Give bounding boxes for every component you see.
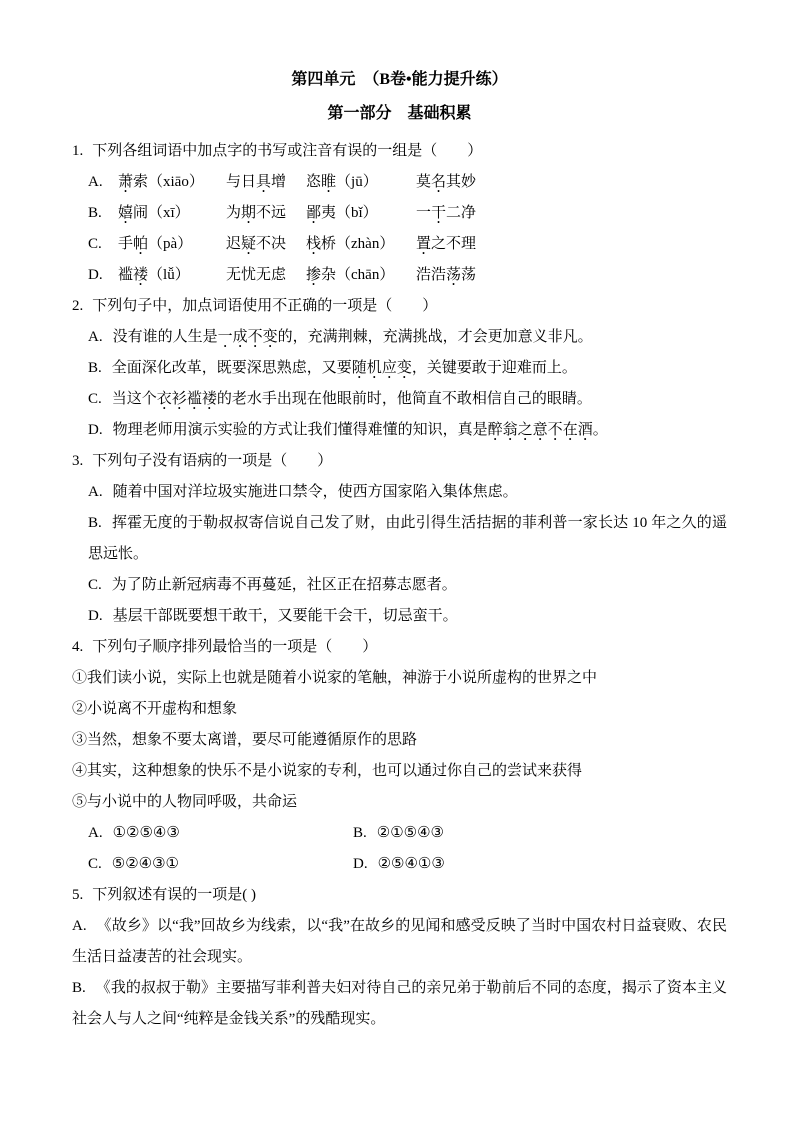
emphasized-char: 酒	[578, 422, 593, 439]
option-row: D.物理老师用演示实验的方式让我们懂得难懂的知识，真是醉翁之意不在酒。	[72, 415, 727, 446]
word-cell: 无忧无虑	[226, 260, 306, 291]
question-2: 2.下列句子中，加点词语使用不正确的一项是（ ） A.没有谁的人生是一成不变的，…	[72, 291, 727, 446]
emphasized-char: 栈	[306, 236, 321, 253]
page-title: 第四单元 （B卷•能力提升练）	[72, 64, 727, 96]
question-number: 3.	[72, 453, 83, 469]
emphasized-char: 干	[431, 205, 446, 222]
emphasized-char: 荡	[446, 267, 461, 284]
emphasized-char: 鄙	[306, 205, 321, 222]
emphasized-char: 名	[431, 174, 446, 191]
question-stem: 5.下列叙述有误的一项是( )	[72, 880, 727, 911]
option-grid-row: A.①②⑤④③ B.②①⑤④③	[72, 818, 727, 849]
emphasized-char: 醉	[488, 422, 503, 439]
emphasized-char: 意	[533, 422, 548, 439]
word-cell: 迟疑不决	[226, 229, 306, 260]
emphasized-char: 期	[241, 205, 256, 222]
word-cell: 一干二净	[416, 198, 727, 229]
emphasized-char: 帕	[133, 236, 148, 253]
option-row: B.嬉闹（xī）为期不远鄙夷（bǐ）一干二净	[72, 198, 727, 229]
question-number: 1.	[72, 143, 83, 159]
option-text: ②⑤④①③	[378, 856, 445, 872]
option-label: A.	[88, 825, 103, 841]
option-label: B.	[88, 515, 102, 531]
option-text: ②①⑤④③	[377, 825, 444, 841]
option-row: D.褴褛（lǚ）无忧无虑掺杂（chān）浩浩荡荡	[72, 260, 727, 291]
question-5: 5.下列叙述有误的一项是( ) A.《故乡》以“我”回故乡为线索，以“我”在故乡…	[72, 880, 727, 1035]
word-cell: 浩浩荡荡	[416, 260, 727, 291]
sentence-item: ③当然，想象不要太离谱，要尽可能遵循原作的思路	[72, 725, 727, 756]
word-cell: 萧索（xiāo）	[118, 167, 226, 198]
option-label: A.	[88, 484, 103, 500]
option-text: 《我的叔叔于勒》主要描写菲利普夫妇对待自己的亲兄弟于勒前后不同的态度，揭示了资本…	[72, 980, 727, 1027]
option-grid-row: C.⑤②④③① D.②⑤④①③	[72, 849, 727, 880]
emphasized-char: 翁	[503, 422, 518, 439]
option-row: C.当这个衣衫褴褛的老水手出现在他眼前时，他简直不敢相信自己的眼睛。	[72, 384, 727, 415]
emphasized-char: 机	[367, 360, 382, 377]
option-label: D.	[88, 422, 103, 438]
option-text: 全面深化改革，既要深思熟虑，又要随机应变，关键要敢于迎难而上。	[112, 360, 577, 376]
option-label: C.	[88, 229, 118, 260]
question-stem: 2.下列句子中，加点词语使用不正确的一项是（ ）	[72, 291, 727, 322]
emphasized-char: 疑	[241, 236, 256, 253]
option-row: A.随着中国对洋垃圾实施进口禁令，使西方国家陷入集体焦虑。	[72, 477, 727, 508]
emphasized-char: 嬉	[118, 205, 133, 222]
question-text: 下列句子没有语病的一项是（ ）	[92, 453, 332, 469]
option-row: A.没有谁的人生是一成不变的，充满荆棘，充满挑战，才会更加意义非凡。	[72, 322, 727, 353]
sentence-item: ⑤与小说中的人物同呼吸，共命运	[72, 787, 727, 818]
emphasized-char: 变	[263, 329, 278, 346]
emphasized-char: 萧	[118, 174, 133, 191]
option-row: A.萧索（xiāo）与日具增恣睢（jū）莫名其妙	[72, 167, 727, 198]
option-label: B.	[72, 980, 86, 996]
word-cell: 褴褛（lǚ）	[118, 260, 226, 291]
option-row: B.挥霍无度的于勒叔叔寄信说自己发了财，由此引得生活拮据的菲利普一家长达 10 …	[72, 508, 727, 570]
emphasized-char: 衣	[157, 391, 172, 408]
question-number: 5.	[72, 887, 83, 903]
emphasized-char: 褛	[202, 391, 217, 408]
option-text: 《故乡》以“我”回故乡为线索，以“我”在故乡的见闻和感受反映了当时中国农村日益衰…	[72, 918, 727, 965]
option-text: 基层干部既要想干敢干，又要能干会干，切忌蛮干。	[113, 608, 458, 624]
option-row: D.基层干部既要想干敢干，又要能干会干，切忌蛮干。	[72, 601, 727, 632]
option-text: 随着中国对洋垃圾实施进口禁令，使西方国家陷入集体焦虑。	[113, 484, 518, 500]
word-cell: 栈桥（zhàn）	[306, 229, 416, 260]
word-cell: 莫名其妙	[416, 167, 727, 198]
option-row: B.全面深化改革，既要深思熟虑，又要随机应变，关键要敢于迎难而上。	[72, 353, 727, 384]
option-text: 物理老师用演示实验的方式让我们懂得难懂的知识，真是醉翁之意不在酒。	[113, 422, 608, 438]
option-text: 当这个衣衫褴褛的老水手出现在他眼前时，他简直不敢相信自己的眼睛。	[112, 391, 592, 407]
word-cell: 恣睢（jū）	[306, 167, 416, 198]
option-label: A.	[88, 329, 103, 345]
emphasized-char: 之	[518, 422, 533, 439]
option-text: ⑤②④③①	[112, 856, 179, 872]
emphasized-char: 衫	[172, 391, 187, 408]
option-label: C.	[88, 391, 102, 407]
emphasized-char: 应	[382, 360, 397, 377]
question-text: 下列叙述有误的一项是( )	[92, 887, 256, 903]
option-row: B.②①⑤④③	[353, 818, 727, 849]
emphasized-char: 不	[248, 329, 263, 346]
emphasized-char: 具	[256, 174, 271, 191]
word-cell: 鄙夷（bǐ）	[306, 198, 416, 229]
question-text: 下列各组词语中加点字的书写或注音有误的一组是（ ）	[92, 143, 482, 159]
question-text: 下列句子顺序排列最恰当的一项是（ ）	[92, 639, 377, 655]
emphasized-char: 随	[352, 360, 367, 377]
sentence-item: ①我们读小说，实际上也就是随着小说家的笔触，神游于小说所虚构的世界之中	[72, 663, 727, 694]
question-stem: 1.下列各组词语中加点字的书写或注音有误的一组是（ ）	[72, 136, 727, 167]
word-cell: 为期不远	[226, 198, 306, 229]
option-row: D.②⑤④①③	[353, 849, 727, 880]
question-number: 4.	[72, 639, 83, 655]
word-cell: 手帕（pà）	[118, 229, 226, 260]
option-label: D.	[353, 856, 368, 872]
word-cell: 掺杂（chān）	[306, 260, 416, 291]
emphasized-char: 成	[233, 329, 248, 346]
sentence-item: ④其实，这种想象的快乐不是小说家的专利，也可以通过你自己的尝试来获得	[72, 756, 727, 787]
question-stem: 3.下列句子没有语病的一项是（ ）	[72, 446, 727, 477]
emphasized-char: 褴	[187, 391, 202, 408]
emphasized-char: 置	[416, 236, 431, 253]
option-text: 没有谁的人生是一成不变的，充满荆棘，充满挑战，才会更加意义非凡。	[113, 329, 593, 345]
emphasized-char: 褛	[133, 267, 148, 284]
section-title: 第一部分 基础积累	[72, 98, 727, 130]
word-cell: 置之不理	[416, 229, 727, 260]
option-label: C.	[88, 856, 102, 872]
emphasized-char: 在	[563, 422, 578, 439]
emphasized-char: 一	[218, 329, 233, 346]
option-text: ①②⑤④③	[113, 825, 180, 841]
option-label: A.	[72, 918, 87, 934]
question-1: 1.下列各组词语中加点字的书写或注音有误的一组是（ ） A.萧索（xiāo）与日…	[72, 136, 727, 291]
option-row: C.⑤②④③①	[88, 849, 353, 880]
emphasized-char: 掺	[306, 267, 321, 284]
exam-page: 第四单元 （B卷•能力提升练） 第一部分 基础积累 1.下列各组词语中加点字的书…	[0, 0, 793, 1035]
option-label: D.	[88, 260, 118, 291]
word-cell: 嬉闹（xī）	[118, 198, 226, 229]
option-text: 为了防止新冠病毒不再蔓延，社区正在招募志愿者。	[112, 577, 457, 593]
question-4: 4.下列句子顺序排列最恰当的一项是（ ） ①我们读小说，实际上也就是随着小说家的…	[72, 632, 727, 880]
emphasized-char: 不	[548, 422, 563, 439]
option-label: A.	[88, 167, 118, 198]
option-row: B.《我的叔叔于勒》主要描写菲利普夫妇对待自己的亲兄弟于勒前后不同的态度，揭示了…	[72, 973, 727, 1035]
question-text: 下列句子中，加点词语使用不正确的一项是（ ）	[92, 298, 437, 314]
word-cell: 与日具增	[226, 167, 306, 198]
option-label: B.	[353, 825, 367, 841]
option-row: A.《故乡》以“我”回故乡为线索，以“我”在故乡的见闻和感受反映了当时中国农村日…	[72, 911, 727, 973]
option-row: C.手帕（pà）迟疑不决栈桥（zhàn）置之不理	[72, 229, 727, 260]
option-label: B.	[88, 360, 102, 376]
option-label: C.	[88, 577, 102, 593]
option-label: D.	[88, 608, 103, 624]
question-3: 3.下列句子没有语病的一项是（ ） A.随着中国对洋垃圾实施进口禁令，使西方国家…	[72, 446, 727, 632]
emphasized-char: 变	[397, 360, 412, 377]
question-stem: 4.下列句子顺序排列最恰当的一项是（ ）	[72, 632, 727, 663]
option-row: A.①②⑤④③	[88, 818, 353, 849]
question-number: 2.	[72, 298, 83, 314]
option-text: 挥霍无度的于勒叔叔寄信说自己发了财，由此引得生活拮据的菲利普一家长达 10 年之…	[88, 515, 727, 562]
sentence-item: ②小说离不开虚构和想象	[72, 694, 727, 725]
option-label: B.	[88, 198, 118, 229]
emphasized-char: 睢	[321, 174, 336, 191]
option-row: C.为了防止新冠病毒不再蔓延，社区正在招募志愿者。	[72, 570, 727, 601]
